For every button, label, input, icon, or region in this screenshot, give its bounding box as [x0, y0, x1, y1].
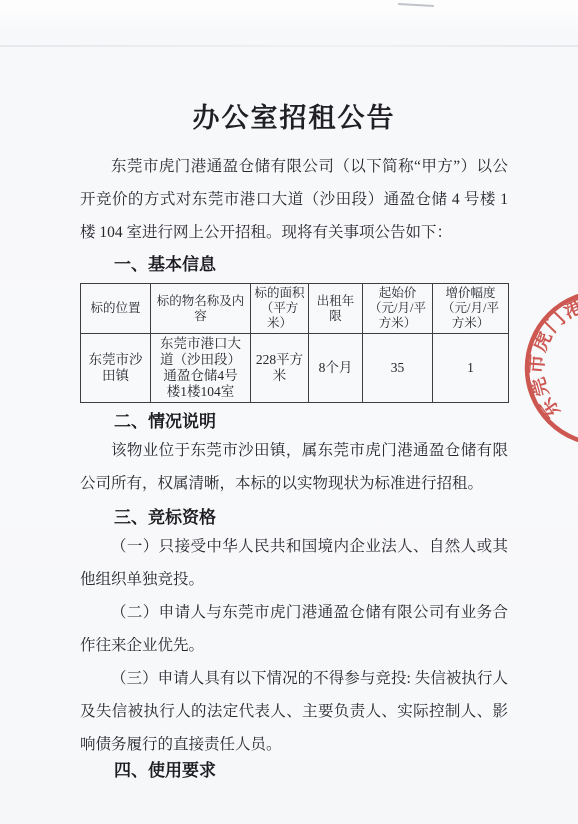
table-row: 东莞市沙田镇 东莞市港口大道（沙田段）通盈仓储4号楼1楼104室 228平方米 …	[81, 334, 509, 403]
header-bid-increment: 增价幅度（元/月/平方米）	[433, 284, 509, 334]
section-heading-situation: 二、情况说明	[80, 410, 508, 434]
header-subject-name: 标的物名称及内容	[151, 284, 251, 334]
section-heading-qualification: 三、竞标资格	[80, 506, 508, 530]
cell-subject-location: 东莞市沙田镇	[81, 334, 151, 403]
scanned-document-page: 办公室招租公告 东莞市虎门港通盈仓储有限公司（以下简称“甲方”）以公开竞价的方式…	[0, 0, 578, 824]
cell-subject-area: 228平方米	[251, 334, 309, 403]
basic-info-table: 标的位置 标的物名称及内容 标的面积（平方米） 出租年限 起始价（元/月/平方米…	[80, 283, 509, 403]
cell-lease-term: 8个月	[309, 334, 363, 403]
document-title: 办公室招租公告	[80, 100, 508, 136]
table-header-row: 标的位置 标的物名称及内容 标的面积（平方米） 出租年限 起始价（元/月/平方米…	[81, 284, 509, 334]
cell-bid-increment: 1	[433, 334, 509, 403]
header-subject-area: 标的面积（平方米）	[251, 284, 309, 334]
header-lease-term: 出租年限	[309, 284, 363, 334]
document-content: 办公室招租公告 东莞市虎门港通盈仓储有限公司（以下简称“甲方”）以公开竞价的方式…	[80, 0, 508, 783]
header-subject-location: 标的位置	[81, 284, 151, 334]
situation-paragraph: 该物业位于东莞市沙田镇，属东莞市虎门港通盈仓储有限公司所有，权属清晰，本标的以实…	[80, 434, 508, 500]
company-seal-stamp: 东莞市虎门港通盈仓储有限公司	[508, 273, 578, 463]
section-heading-usage: 四、使用要求	[80, 759, 508, 783]
header-starting-price: 起始价（元/月/平方米）	[363, 284, 433, 334]
cell-starting-price: 35	[363, 334, 433, 403]
qualification-item-2: （二）申请人与东莞市虎门港通盈仓储有限公司有业务合作往来企业优先。	[80, 596, 508, 662]
section-heading-basic-info: 一、基本信息	[80, 253, 508, 277]
qualification-item-3: （三）申请人具有以下情况的不得参与竞投: 失信被执行人及失信被执行人的法定代表人…	[80, 662, 508, 761]
cell-subject-name: 东莞市港口大道（沙田段）通盈仓储4号楼1楼104室	[151, 334, 251, 403]
intro-paragraph: 东莞市虎门港通盈仓储有限公司（以下简称“甲方”）以公开竞价的方式对东莞市港口大道…	[80, 150, 508, 249]
qualification-item-1: （一）只接受中华人民共和国境内企业法人、自然人或其他组织单独竞投。	[80, 530, 508, 596]
